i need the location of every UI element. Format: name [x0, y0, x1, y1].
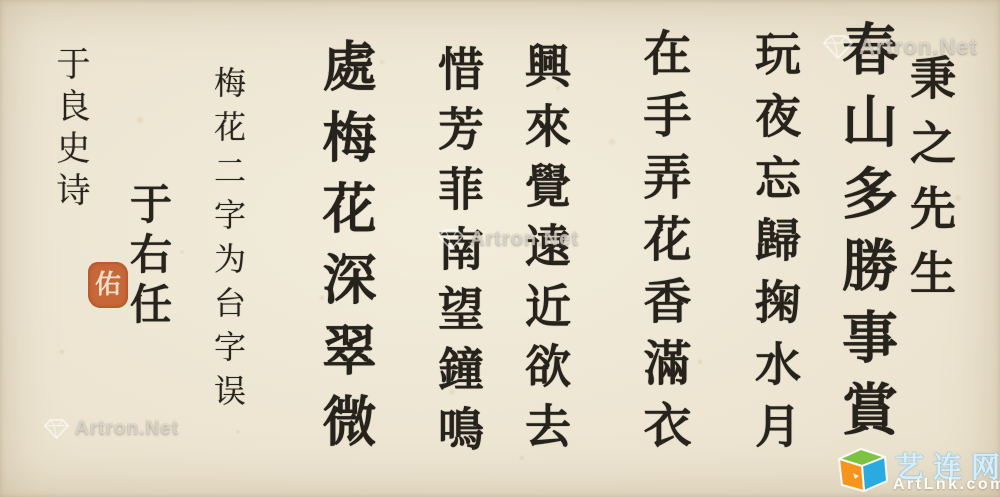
calligraphy-column-dedication: 秉之先生	[907, 54, 953, 314]
calligraphy-column-poem-6: 處梅花深翠微	[318, 38, 372, 464]
watermark-artlnk-en-label: ArtLnk.com	[893, 476, 1000, 494]
artlnk-cube-icon	[833, 447, 891, 497]
calligraphy-column-poem-1: 春山多勝事賞	[837, 20, 893, 452]
watermark-artlnk: 艺连网 ArtLnk.com	[831, 443, 1000, 497]
calligraphy-column-poem-3: 在手弄花香滿衣	[639, 28, 687, 462]
artist-seal-glyph: 佑	[95, 272, 121, 298]
calligraphy-signature: 于右任	[127, 182, 169, 332]
artwork-photo: 秉之先生 春山多勝事賞 玩夜忘歸掬水月 在手弄花香滿衣 興來覺遠近欲去 惜芳菲南…	[0, 0, 1000, 497]
calligraphy-column-poem-2: 玩夜忘歸掬水月	[752, 30, 798, 464]
calligraphy-column-poem-4: 興來覺遠近欲去	[522, 42, 568, 462]
calligraphy-column-poem-5: 惜芳菲南望鐘鳴	[435, 45, 481, 465]
artist-seal: 佑	[88, 262, 128, 308]
calligraphy-correction-note: 梅花二字为台字误	[212, 66, 244, 418]
calligraphy-attribution: 于良史诗	[53, 46, 87, 214]
